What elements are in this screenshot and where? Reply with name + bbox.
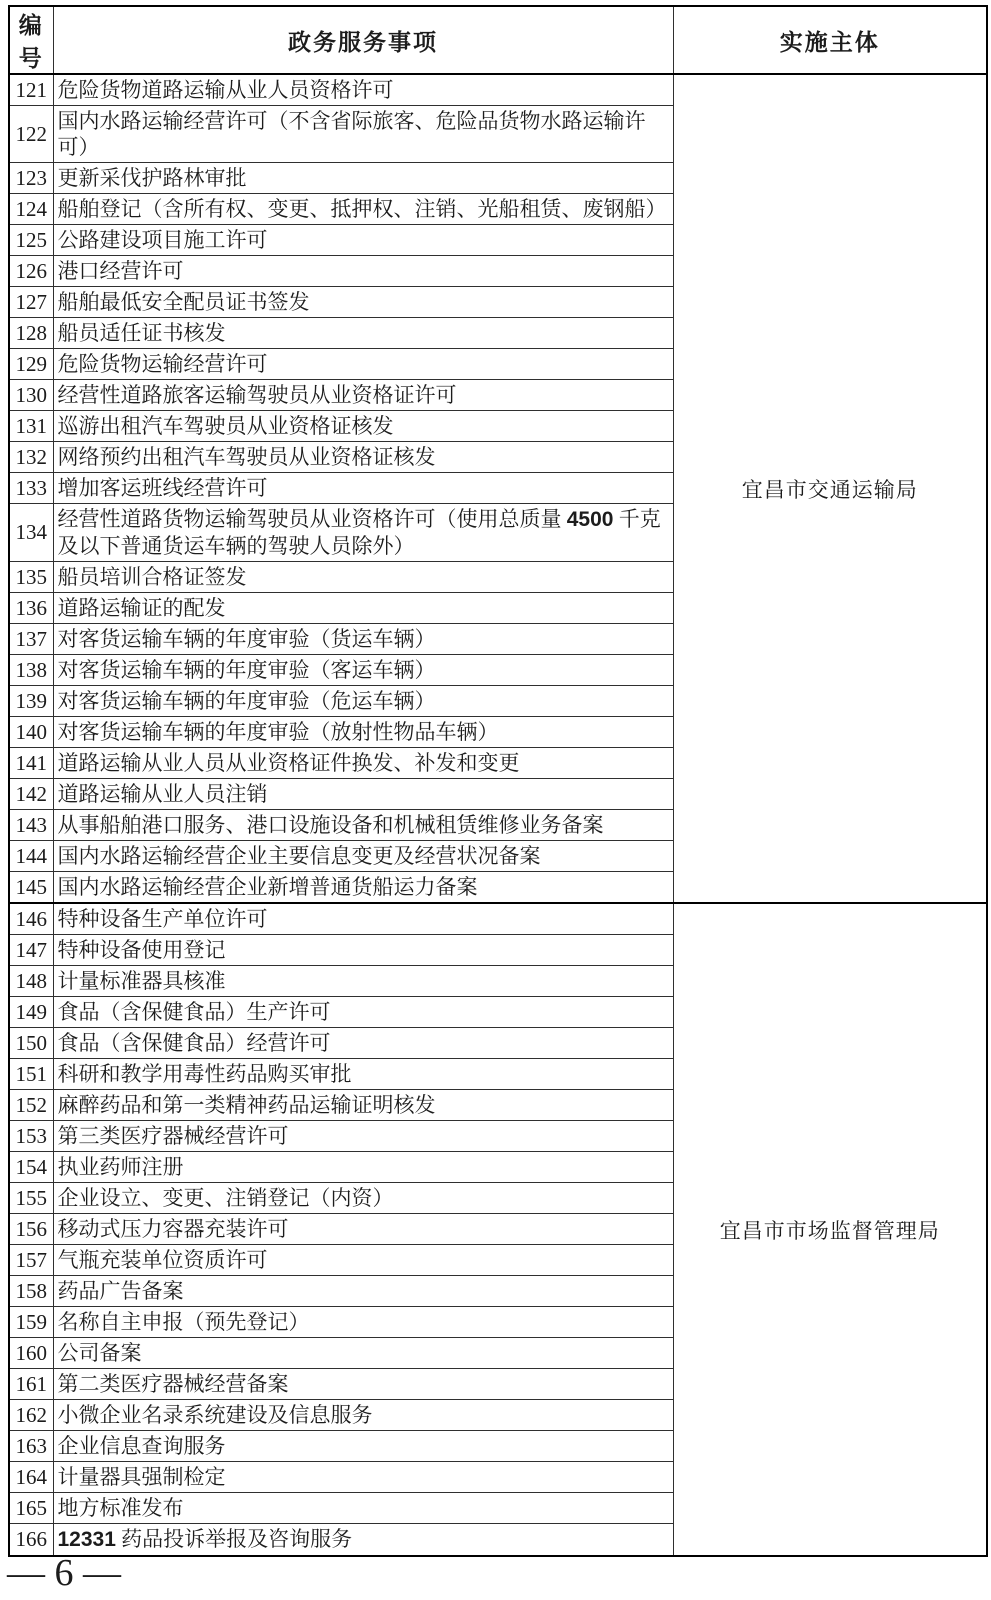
service-item-cell: 公司备案 bbox=[53, 1338, 673, 1369]
service-item-cell: 从事船舶港口服务、港口设施设备和机械租赁维修业务备案 bbox=[53, 810, 673, 841]
row-id-cell: 165 bbox=[9, 1493, 53, 1524]
row-id-cell: 160 bbox=[9, 1338, 53, 1369]
service-item-cell: 12331 药品投诉举报及咨询服务 bbox=[53, 1524, 673, 1557]
service-item-cell: 执业药师注册 bbox=[53, 1152, 673, 1183]
service-item-cell: 对客货运输车辆的年度审验（货运车辆） bbox=[53, 624, 673, 655]
row-id-cell: 144 bbox=[9, 841, 53, 872]
row-id-cell: 127 bbox=[9, 287, 53, 318]
numeric-text: 4500 bbox=[567, 508, 614, 531]
service-item-cell: 船员培训合格证签发 bbox=[53, 562, 673, 593]
row-id-cell: 151 bbox=[9, 1059, 53, 1090]
row-id-cell: 128 bbox=[9, 318, 53, 349]
service-item-cell: 港口经营许可 bbox=[53, 256, 673, 287]
service-item-cell: 对客货运输车辆的年度审验（客运车辆） bbox=[53, 655, 673, 686]
service-item-cell: 国内水路运输经营企业新增普通货船运力备案 bbox=[53, 872, 673, 904]
service-item-cell: 企业信息查询服务 bbox=[53, 1431, 673, 1462]
row-id-cell: 132 bbox=[9, 442, 53, 473]
service-item-cell: 国内水路运输经营企业主要信息变更及经营状况备案 bbox=[53, 841, 673, 872]
row-id-cell: 140 bbox=[9, 717, 53, 748]
row-id-cell: 122 bbox=[9, 106, 53, 163]
row-id-cell: 154 bbox=[9, 1152, 53, 1183]
row-id-cell: 149 bbox=[9, 997, 53, 1028]
service-item-cell: 第二类医疗器械经营备案 bbox=[53, 1369, 673, 1400]
service-item-cell: 道路运输从业人员从业资格证件换发、补发和变更 bbox=[53, 748, 673, 779]
row-id-cell: 125 bbox=[9, 225, 53, 256]
row-id-cell: 145 bbox=[9, 872, 53, 904]
header-service-item: 政务服务事项 bbox=[53, 6, 673, 74]
service-item-cell: 麻醉药品和第一类精神药品运输证明核发 bbox=[53, 1090, 673, 1121]
service-item-cell: 船员适任证书核发 bbox=[53, 318, 673, 349]
row-id-cell: 147 bbox=[9, 935, 53, 966]
service-item-cell: 科研和教学用毒性药品购买审批 bbox=[53, 1059, 673, 1090]
table-row: 121危险货物道路运输从业人员资格许可宜昌市交通运输局 bbox=[9, 74, 987, 106]
row-id-cell: 161 bbox=[9, 1369, 53, 1400]
service-item-cell: 计量标准器具核准 bbox=[53, 966, 673, 997]
row-id-cell: 126 bbox=[9, 256, 53, 287]
page-number: — 6 — bbox=[7, 1553, 121, 1593]
row-id-cell: 155 bbox=[9, 1183, 53, 1214]
service-item-cell: 气瓶充装单位资质许可 bbox=[53, 1245, 673, 1276]
service-item-cell: 地方标准发布 bbox=[53, 1493, 673, 1524]
table-row: 146特种设备生产单位许可宜昌市市场监督管理局 bbox=[9, 903, 987, 935]
document-page: 编号 政务服务事项 实施主体 121危险货物道路运输从业人员资格许可宜昌市交通运… bbox=[0, 0, 991, 1600]
service-item-cell: 经营性道路货物运输驾驶员从业资格许可（使用总质量 4500 千克及以下普通货运车… bbox=[53, 504, 673, 562]
authority-cell: 宜昌市交通运输局 bbox=[673, 74, 987, 903]
row-id-cell: 156 bbox=[9, 1214, 53, 1245]
row-id-cell: 121 bbox=[9, 74, 53, 106]
row-id-cell: 152 bbox=[9, 1090, 53, 1121]
row-id-cell: 146 bbox=[9, 903, 53, 935]
authority-cell: 宜昌市市场监督管理局 bbox=[673, 903, 987, 1556]
header-id: 编号 bbox=[9, 6, 53, 74]
row-id-cell: 141 bbox=[9, 748, 53, 779]
service-item-cell: 名称自主申报（预先登记） bbox=[53, 1307, 673, 1338]
row-id-cell: 150 bbox=[9, 1028, 53, 1059]
service-item-cell: 计量器具强制检定 bbox=[53, 1462, 673, 1493]
service-item-cell: 道路运输从业人员注销 bbox=[53, 779, 673, 810]
service-item-cell: 公路建设项目施工许可 bbox=[53, 225, 673, 256]
table-header-row: 编号 政务服务事项 实施主体 bbox=[9, 6, 987, 74]
service-item-cell: 增加客运班线经营许可 bbox=[53, 473, 673, 504]
row-id-cell: 131 bbox=[9, 411, 53, 442]
row-id-cell: 139 bbox=[9, 686, 53, 717]
service-item-cell: 小微企业名录系统建设及信息服务 bbox=[53, 1400, 673, 1431]
service-item-cell: 国内水路运输经营许可（不含省际旅客、危险品货物水路运输许可） bbox=[53, 106, 673, 163]
service-item-cell: 特种设备使用登记 bbox=[53, 935, 673, 966]
row-id-cell: 164 bbox=[9, 1462, 53, 1493]
row-id-cell: 136 bbox=[9, 593, 53, 624]
service-item-cell: 更新采伐护路林审批 bbox=[53, 163, 673, 194]
row-id-cell: 123 bbox=[9, 163, 53, 194]
service-item-cell: 移动式压力容器充装许可 bbox=[53, 1214, 673, 1245]
service-item-cell: 企业设立、变更、注销登记（内资） bbox=[53, 1183, 673, 1214]
service-item-cell: 特种设备生产单位许可 bbox=[53, 903, 673, 935]
service-item-cell: 食品（含保健食品）生产许可 bbox=[53, 997, 673, 1028]
row-id-cell: 135 bbox=[9, 562, 53, 593]
service-item-cell: 网络预约出租汽车驾驶员从业资格证核发 bbox=[53, 442, 673, 473]
row-id-cell: 157 bbox=[9, 1245, 53, 1276]
service-item-cell: 巡游出租汽车驾驶员从业资格证核发 bbox=[53, 411, 673, 442]
header-authority: 实施主体 bbox=[673, 6, 987, 74]
row-id-cell: 163 bbox=[9, 1431, 53, 1462]
row-id-cell: 134 bbox=[9, 504, 53, 562]
service-item-cell: 经营性道路旅客运输驾驶员从业资格证许可 bbox=[53, 380, 673, 411]
service-item-cell: 危险货物道路运输从业人员资格许可 bbox=[53, 74, 673, 106]
service-item-cell: 船舶登记（含所有权、变更、抵押权、注销、光船租赁、废钢船） bbox=[53, 194, 673, 225]
service-item-cell: 船舶最低安全配员证书签发 bbox=[53, 287, 673, 318]
row-id-cell: 143 bbox=[9, 810, 53, 841]
row-id-cell: 133 bbox=[9, 473, 53, 504]
service-item-cell: 第三类医疗器械经营许可 bbox=[53, 1121, 673, 1152]
service-item-cell: 道路运输证的配发 bbox=[53, 593, 673, 624]
row-id-cell: 158 bbox=[9, 1276, 53, 1307]
service-item-cell: 药品广告备案 bbox=[53, 1276, 673, 1307]
row-id-cell: 124 bbox=[9, 194, 53, 225]
row-id-cell: 142 bbox=[9, 779, 53, 810]
row-id-cell: 159 bbox=[9, 1307, 53, 1338]
row-id-cell: 129 bbox=[9, 349, 53, 380]
row-id-cell: 148 bbox=[9, 966, 53, 997]
numeric-text: 12331 bbox=[58, 1528, 116, 1551]
service-item-cell: 食品（含保健食品）经营许可 bbox=[53, 1028, 673, 1059]
row-id-cell: 137 bbox=[9, 624, 53, 655]
service-item-cell: 危险货物运输经营许可 bbox=[53, 349, 673, 380]
service-item-cell: 对客货运输车辆的年度审验（危运车辆） bbox=[53, 686, 673, 717]
row-id-cell: 162 bbox=[9, 1400, 53, 1431]
row-id-cell: 138 bbox=[9, 655, 53, 686]
table-body: 121危险货物道路运输从业人员资格许可宜昌市交通运输局122国内水路运输经营许可… bbox=[9, 74, 987, 1556]
row-id-cell: 153 bbox=[9, 1121, 53, 1152]
service-item-cell: 对客货运输车辆的年度审验（放射性物品车辆） bbox=[53, 717, 673, 748]
row-id-cell: 130 bbox=[9, 380, 53, 411]
service-items-table: 编号 政务服务事项 实施主体 121危险货物道路运输从业人员资格许可宜昌市交通运… bbox=[8, 5, 988, 1557]
